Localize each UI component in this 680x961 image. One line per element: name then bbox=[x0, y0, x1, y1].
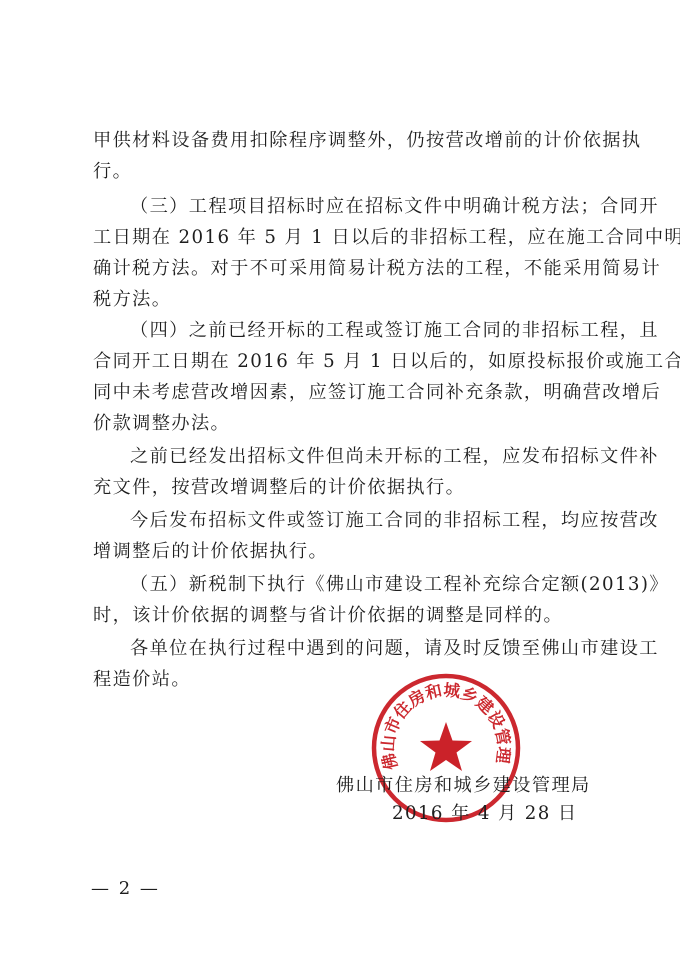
paragraph-line: 之前已经发出招标文件但尚未开标的工程，应发布招标文件补 bbox=[130, 446, 608, 468]
section-4-heading-line: （四）之前已经开标的工程或签订施工合同的非招标工程，且 bbox=[130, 320, 608, 342]
body-text-line: 确计税方法。对于不可采用简易计税方法的工程，不能采用简易计 bbox=[93, 258, 608, 280]
seal-star-icon bbox=[420, 722, 472, 771]
issue-date: 2016 年 4 月 28 日 bbox=[392, 803, 577, 825]
paragraph-line: 各单位在执行过程中遇到的问题，请及时反馈至佛山市建设工 bbox=[130, 638, 608, 660]
body-text-line: 甲供材料设备费用扣除程序调整外，仍按营改增前的计价依据执 bbox=[93, 130, 608, 152]
body-text-line: 时，该计价依据的调整与省计价依据的调整是同样的。 bbox=[93, 605, 608, 627]
body-text-line: 价款调整办法。 bbox=[93, 413, 608, 435]
section-3-heading-line: （三）工程项目招标时应在招标文件中明确计税方法；合同开 bbox=[130, 196, 608, 218]
body-text-line: 同中未考虑营改增因素，应签订施工合同补充条款，明确营改增后 bbox=[93, 382, 608, 404]
paragraph-line: 今后发布招标文件或签订施工合同的非招标工程，均应按营改 bbox=[130, 510, 608, 532]
issuing-organization: 佛山市住房和城乡建设管理局 bbox=[336, 775, 591, 797]
page-number: — 2 — bbox=[91, 878, 160, 899]
body-text-line: 充文件，按营改增调整后的计价依据执行。 bbox=[93, 477, 608, 499]
body-text-line: 程造价站。 bbox=[93, 669, 608, 691]
section-5-heading-line: （五）新税制下执行《佛山市建设工程补充综合定额(2013)》 bbox=[130, 574, 608, 596]
body-text-line: 增调整后的计价依据执行。 bbox=[93, 541, 608, 563]
document-page: 甲供材料设备费用扣除程序调整外，仍按营改增前的计价依据执 行。 （三）工程项目招… bbox=[0, 0, 680, 961]
body-text-line: 税方法。 bbox=[93, 289, 608, 311]
body-text-line: 工日期在 2016 年 5 月 1 日以后的非招标工程，应在施工合同中明 bbox=[93, 227, 608, 249]
body-text-line: 行。 bbox=[93, 161, 608, 183]
body-text-line: 合同开工日期在 2016 年 5 月 1 日以后的，如原投标报价或施工合 bbox=[93, 351, 608, 373]
official-seal-icon: 佛山市住房和城乡建设管理局 bbox=[370, 672, 522, 824]
